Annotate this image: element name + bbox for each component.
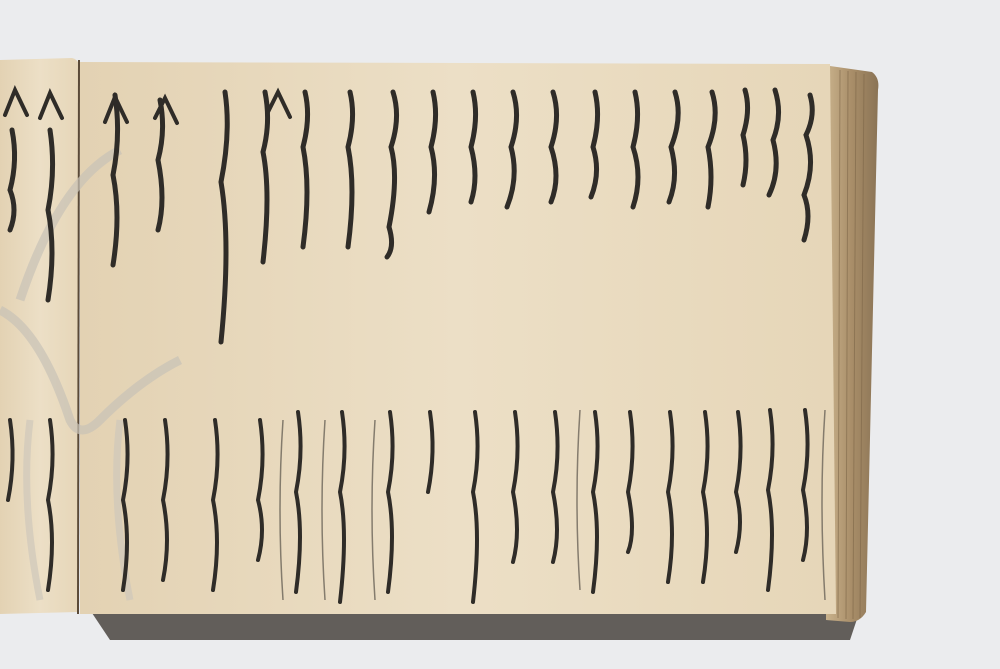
gutter	[78, 60, 79, 614]
manuscript-photo	[0, 0, 1000, 669]
book-illustration	[0, 0, 1000, 669]
right-page	[80, 62, 836, 614]
book-shadow	[90, 610, 860, 640]
